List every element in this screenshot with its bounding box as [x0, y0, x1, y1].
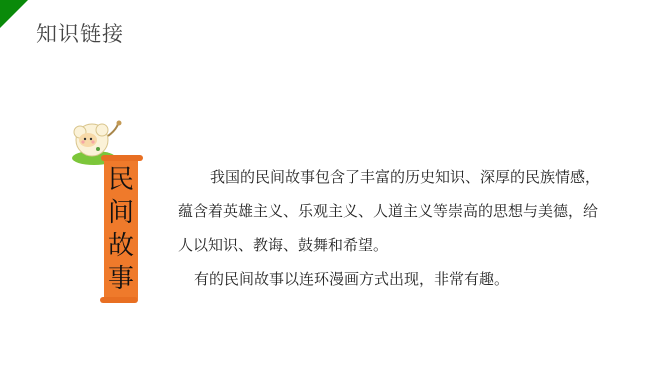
page-title: 知识链接	[36, 18, 124, 48]
scroll-char: 间	[108, 197, 134, 230]
content-body: 我国的民间故事包含了丰富的历史知识、深厚的民族情感，蕴含着英雄主义、乐观主义、人…	[178, 160, 608, 296]
corner-decoration	[0, 0, 28, 28]
scroll-char: 事	[108, 263, 134, 296]
paragraph-2: 有的民间故事以连环漫画方式出现，非常有趣。	[178, 262, 608, 296]
paragraph-1: 我国的民间故事包含了丰富的历史知识、深厚的民族情感，蕴含着英雄主义、乐观主义、人…	[178, 160, 608, 262]
scroll-banner: 民 间 故 事	[104, 158, 138, 300]
scroll-char: 民	[108, 164, 134, 197]
scroll-char: 故	[108, 230, 134, 263]
